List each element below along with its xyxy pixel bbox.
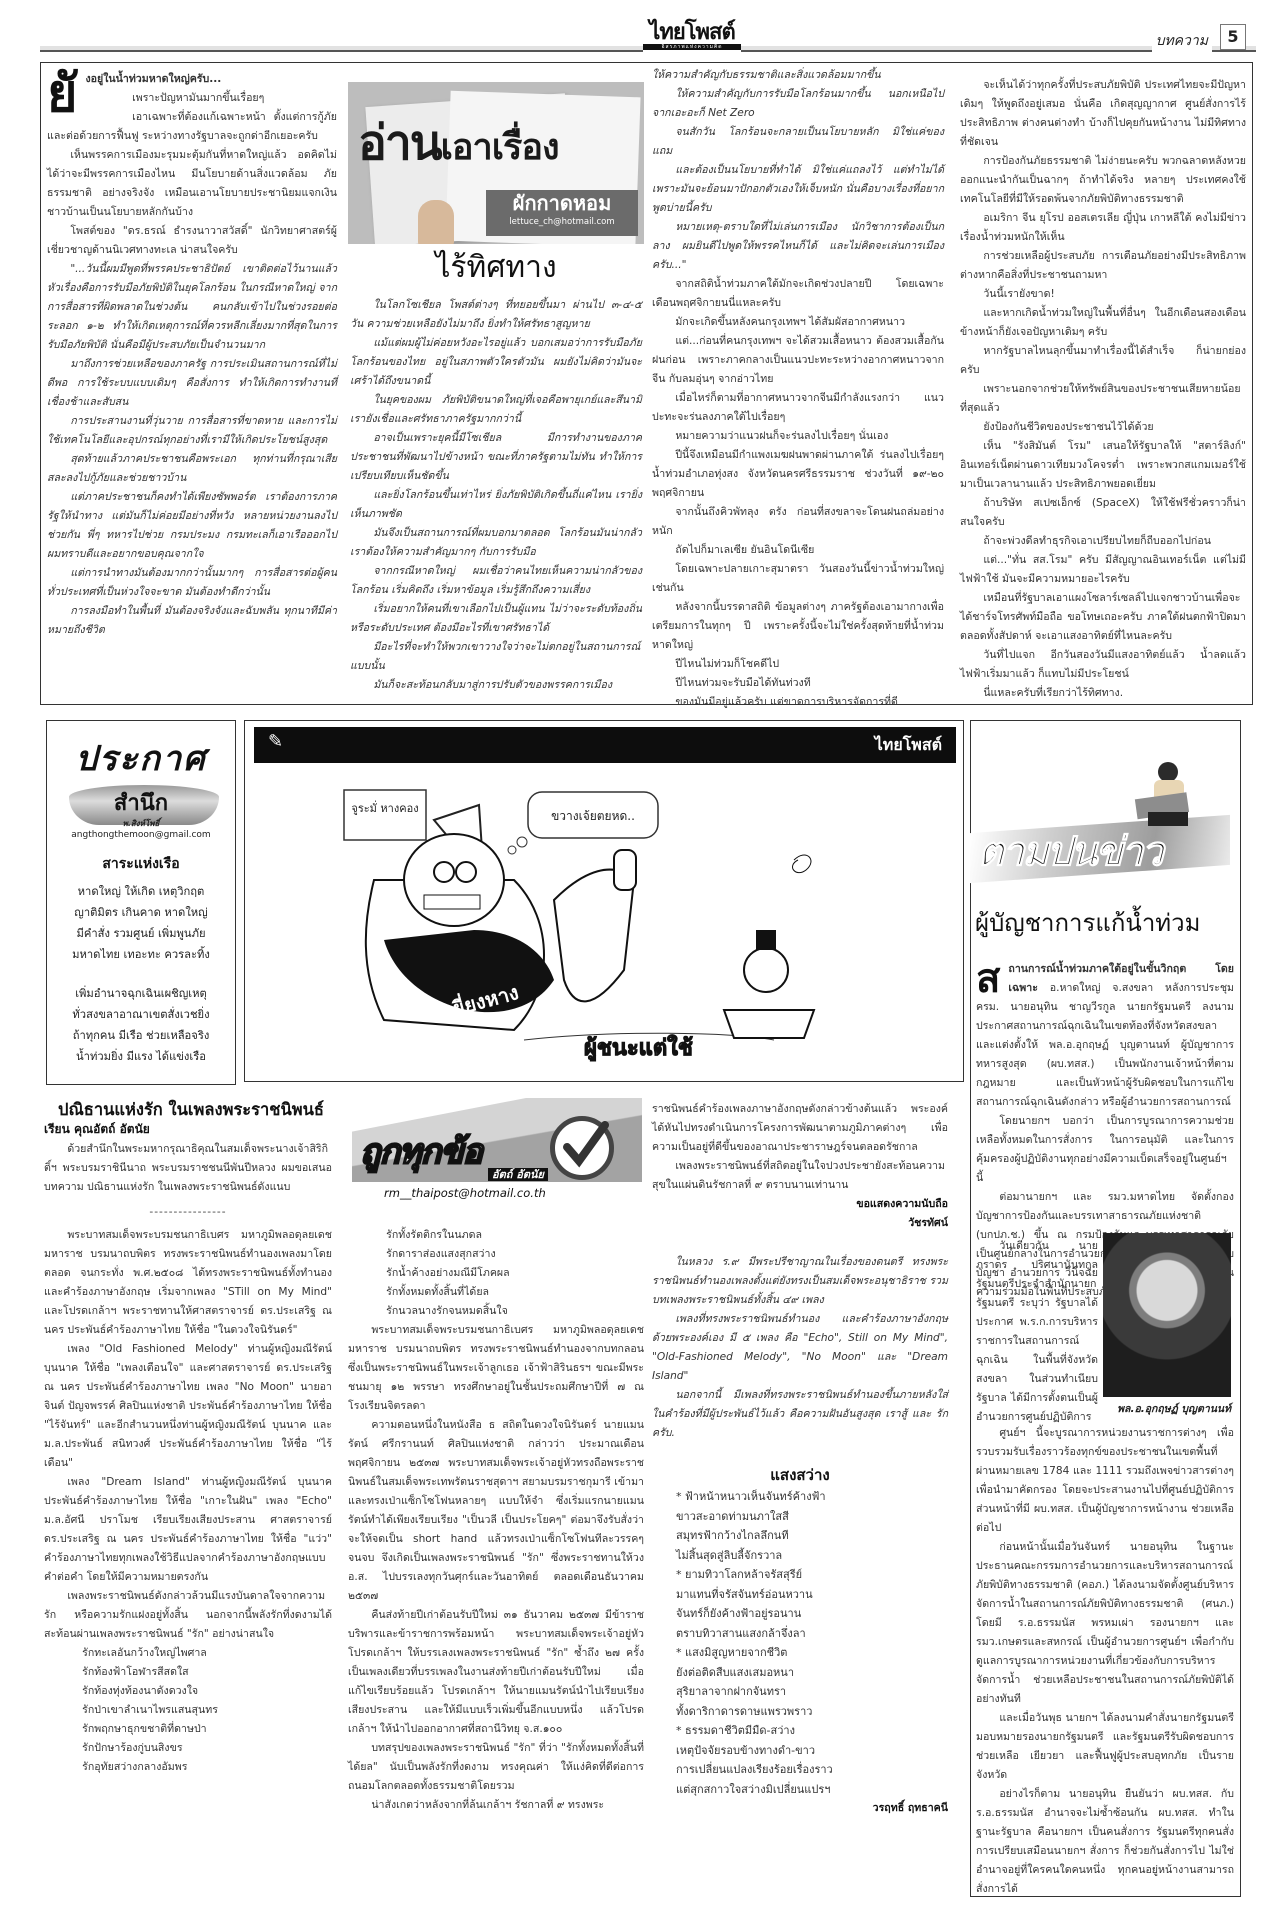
poem-line: * ยามทิวาโลกหล้าจรัสสุรีย์ (676, 1565, 948, 1585)
tonpon-headline: ผู้บัญชาการแก้น้ำท่วม (975, 906, 1240, 940)
paragraph: เพลง "Dream Island" ท่านผู้หญิงมณีรัตน์ … (44, 1473, 332, 1587)
third-column: ให้ความสำคัญกับธรรมชาติและสิ่งแวดล้อมมาก… (652, 66, 944, 712)
poem-line: ทั้งดาริกาดารดาษแพรวพราว (676, 1702, 948, 1722)
paragraph: น่าสังเกตว่าหลังจากที่ล้นเกล้าฯ รัชกาลที… (348, 1796, 644, 1815)
paragraph: ด้วยสำนึกในพระมหากรุณาธิคุณในสมเด็จพระนา… (44, 1140, 332, 1197)
paragraph: เมื่อไหร่ก็ตามที่อากาศหนาวจากจีนมีกำลังแ… (652, 389, 944, 427)
prakat-byline: พ.สิงห์โพธิ์ (47, 819, 235, 829)
poem-author: วรฤทธิ์ ฤทธาคนี (652, 1799, 948, 1818)
paragraph: เอาเฉพาะที่ต้องแก้เฉพาะหน้า ตั้งแต่การกู… (47, 108, 337, 146)
top-left-article: ยั งอยู่ในน้ำท่วมหาดใหญ่ครับ... เพราะปัญ… (47, 70, 337, 640)
poem-excerpt: รักทะเลอันกว้างใหญ่ไพศาล รักท้องฟ้าโอฬาร… (44, 1644, 332, 1777)
verse-line: หาดใหญ่ ให้เกิด เหตุวิกฤต (47, 881, 235, 902)
poem-excerpt: รักทั้งรัตติกรในนภดล รักดาราส่องแสงสุกสว… (348, 1226, 644, 1321)
quote-paragraph: สุดท้ายแล้วภาคประชาชนคือพระเอก ทุกท่านที… (47, 450, 337, 488)
quote-paragraph: "...วันนี้ผมมีพูดที่พรรคประชาธิปัตย์ เขา… (47, 260, 337, 355)
cartoon-header-bar: ✎ ไทยโพสต์ (254, 727, 956, 763)
paragraph: อเมริกา จีน ยุโรป ออสเตรเลีย ญี่ปุ่น เกา… (960, 209, 1246, 247)
column-author-box: ผักกาดหอม lettuce_ch@hotmail.com (486, 190, 638, 236)
center-article: ในโลกโซเชียล โพสต์ต่างๆ ที่ทยอยขึ้นมา ผ่… (350, 296, 642, 695)
column-title-big: อ่าน (358, 115, 441, 171)
paragraph: คืนส่งท้ายปีเก่าต้อนรับปีใหม่ ๓๑ ธันวาคม… (348, 1606, 644, 1739)
paragraph: ราชนิพนธ์คำร้องเพลงภาษาอังกฤษดังกล่าวข้า… (652, 1100, 948, 1157)
paragraph: จนสักวัน โลกร้อนจะกลายเป็นนโยบายหลัก มิใ… (652, 123, 944, 161)
quote-paragraph: แต่การนำทางมันต้องมากกว่านั้นมากๆ การสื่… (47, 564, 337, 602)
divider: ---------------- (44, 1203, 332, 1222)
verse-line: ญาติมิตร เกินคาด หาดใหญ่ (47, 902, 235, 923)
paragraph: การป้องกันภัยธรรมชาติ ไม่ง่ายนะครับ พวกฉ… (960, 152, 1246, 209)
paragraph: บทสรุปของเพลงพระราชนิพนธ์ "รัก" ที่ว่า "… (348, 1739, 644, 1796)
photo-general-ukrit (1103, 1233, 1231, 1397)
prakat-email[interactable]: angthongthemoon@gmail.com (47, 829, 235, 841)
paragraph: โพสต์ของ "ดร.ธรณ์ ธำรงนาวาสวัสดิ์" นักวิ… (47, 222, 337, 260)
poem-line: * ธรรมดาชีวิตมีมืด-สว่าง (676, 1721, 948, 1741)
masthead: ไทยโพสต์ อิสรภาพแห่งความคิด บทความ 5 (0, 0, 1286, 60)
column-author: อัตถ์ อัตนัย (488, 1168, 548, 1181)
photo-caption: พล.อ.อุกฤษฏ์ บุญตานนท์ (1103, 1402, 1231, 1416)
paragraph: เห็น "รังสิมันต์ โรม" เสนอให้รัฐบาลให้ "… (960, 437, 1246, 494)
paragraph: นี่แหละครับที่เรียกว่าไร้ทิศทาง. (960, 684, 1246, 703)
paragraph: หากรัฐบาลไหนลุกขึ้นมาทำเรื่องนี้ได้สำเร็… (960, 342, 1246, 380)
letter-article-col2: รักทั้งรัตติกรในนภดล รักดาราส่องแสงสุกสว… (348, 1226, 644, 1815)
poem-line: ขาวสะอาดท่ามนภาใสสี (676, 1507, 948, 1527)
tonpon-logo: ตามปนข่าว (978, 830, 1162, 874)
paragraph: เพราะปัญหามันมากขึ้นเรื่อยๆ (47, 89, 337, 108)
prakat-heading: สาระแห่งเรือ (47, 853, 235, 875)
quote-paragraph: การประสานงานที่วุ่นวาย การสื่อสารที่ขาดห… (47, 412, 337, 450)
paragraph: หมายเหตุ-ตราบใดที่ไม่เล่นการเมือง นักวิช… (652, 218, 944, 275)
paragraph: มันจึงเป็นสถานการณ์ที่ผมบอกมาตลอด โลกร้อ… (350, 524, 642, 562)
paragraph: ปีไหนท่วมจะรับมือได้ทันท่วงที (652, 674, 944, 693)
poem-line: รักทะเลอันกว้างใหญ่ไพศาล (82, 1644, 332, 1663)
column-banner-tuk-tuk-kho: ถูกทุกข้อ อัตถ์ อัตนัย rm__thaipost@hotm… (348, 1098, 644, 1198)
paragraph: โดยเฉพาะปลายเกาะสุมาตรา วันสองวันนี้ข่าว… (652, 560, 944, 598)
verse-line: มหาดไทย เทอะทะ ควรละทิ้ง (47, 944, 235, 965)
paragraph: เพลง "Old Fashioned Melody" ท่านผู้หญิงม… (44, 1340, 332, 1473)
poem-line: รักท้องฟ้าโอฬารสีสดใส (82, 1663, 332, 1682)
paragraph: ก่อนหน้านั้นเมื่อวันจันทร์ นายอนุทิน ในฐ… (976, 1538, 1234, 1709)
paragraph: เหมือนที่รัฐบาลเอาแผงโซลาร์เซลล์ไปแจกชาว… (960, 589, 1246, 646)
dropcap: ยั (47, 70, 77, 118)
page-number: 5 (1220, 24, 1246, 50)
poem-line: รักท้องทุ่งท้องนาดังดวงใจ (82, 1682, 332, 1701)
paragraph: และเมื่อวันพุธ นายกฯ ได้ลงนามคำสั่งนายกร… (976, 1709, 1234, 1785)
letter-article-col3: ราชนิพนธ์คำร้องเพลงภาษาอังกฤษดังกล่าวข้า… (652, 1100, 948, 1818)
paragraph: เห็นพรรคการเมืองมะรุมมะตุ้มกันที่หาดใหญ่… (47, 146, 337, 222)
paragraph: มันก็จะสะท้อนกลับมาสู่การปรับตัวของพรรคก… (350, 676, 642, 695)
quote-paragraph: การลงมือทำในพื้นที่ มันต้องจริงจังและฉับ… (47, 602, 337, 640)
poem-line: สมุทรฟ้ากว้างไกลลึกนที (676, 1526, 948, 1546)
poem-line: รักนวลนางรักจนหมดสิ้นใจ (386, 1302, 644, 1321)
poem-line: สุริยาลาจากฝากจันทรา (676, 1682, 948, 1702)
column-email[interactable]: rm__thaipost@hotmail.co.th (384, 1186, 546, 1200)
paragraph: วันเดียวกัน นายภราดร ปริศนานันทกุล รัฐมน… (976, 1237, 1098, 1423)
cartoon-brand: ไทยโพสต์ (875, 734, 942, 756)
paragraph: อย่างไรก็ตาม นายอนุทิน ยืนยันว่า ผบ.ทสส.… (976, 1785, 1234, 1899)
poem-line: รักพฤกษาธุกขชาติที่ดาษป่า (82, 1720, 332, 1739)
paragraph: ให้ความสำคัญกับการรับมือโลกร้อนมากขึ้น น… (652, 85, 944, 123)
tonpon-article-cont2: ศูนย์ฯ นี้จะบูรณาการหน่วยงานราชการต่างๆ … (976, 1424, 1234, 1899)
paragraph: จากกรณีหาดใหญ่ ผมเชื่อว่าคนไทยเห็นความน่… (350, 562, 642, 600)
newspaper-reader-icon (1130, 760, 1200, 828)
paragraph: ปีไหนไม่ท่วมก็โชคดีไป (652, 655, 944, 674)
fourth-column: จะเห็นได้ว่าทุกครั้งที่ประสบภัยพิบัติ ปร… (960, 76, 1246, 703)
signer: วัชรทัศน์ (652, 1214, 948, 1233)
poem-line: รักทั้งหมดทั้งสิ้นที่ได้ยล (386, 1283, 644, 1302)
paragraph: และหากเกิดน้ำท่วมใหญ่ในพื้นที่อื่นๆ ในอี… (960, 304, 1246, 342)
verse-stanza-2: เพิ่มอำนาจฉุกเฉินเผชิญเหตุ ทั่วสงขลาอาณา… (47, 983, 235, 1067)
column-title: ถูกทุกข้อ (360, 1132, 482, 1172)
column-email[interactable]: lettuce_ch@hotmail.com (486, 216, 638, 228)
paragraph: อาจเป็นเพราะยุคนี้มีโซเชียล มีการทำงานขอ… (350, 429, 642, 486)
cartoonist-signature-icon: ✎ (268, 731, 308, 759)
lead-text: งอยู่ในน้ำท่วมหาดใหญ่ครับ... (47, 70, 337, 89)
poem-line: การเปลี่ยนแปลงเรียงร้อยเรื่องราว (676, 1760, 948, 1780)
prakat-name: สำนึก (47, 789, 235, 819)
signoff: ขอแสดงความนับถือ (652, 1195, 948, 1214)
hand-graphic (418, 200, 454, 244)
poem-line: รักดาราส่องแสงสุกสว่าง (386, 1245, 644, 1264)
verse-stanza-1: หาดใหญ่ ให้เกิด เหตุวิกฤต ญาติมิตร เกินค… (47, 881, 235, 965)
paragraph: และต้องเป็นนโยบายที่ทำได้ มิใช่แค่แถลงไว… (652, 161, 944, 218)
poem-title: แสงสว่าง (652, 1463, 948, 1487)
paragraph: ให้ความสำคัญกับธรรมชาติและสิ่งแวดล้อมมาก… (652, 66, 944, 85)
paragraph: ถ้าจะพ่วงดีลทำธุรกิจเอาเปรียบไทยก็ถีบออก… (960, 532, 1246, 551)
paragraph: ในโลกโซเชียล โพสต์ต่างๆ ที่ทยอยขึ้นมา ผ่… (350, 296, 642, 334)
paragraph: จากสถิติน้ำท่วมภาคใต้มักจะเกิดช่วงปลายปี… (652, 275, 944, 313)
verse-line: น้ำท่วมยิ่ง มีแรง ได้แข่งเรือ (47, 1046, 235, 1067)
reply-paragraph: นอกจากนี้ มีเพลงที่ทรงพระราชนิพนธ์ทำนองข… (652, 1386, 948, 1443)
paragraph: วันนี้เรายังขาด! (960, 285, 1246, 304)
lead-text: อ.หาดใหญ่ จ.สงขลา หลังการประชุม ครม. นาย… (976, 982, 1234, 1108)
prakat-samnuek-box: ประกาศ สำนึก พ.สิงห์โพธิ์ angthongthemoo… (46, 720, 236, 1085)
poem-line: มาแทนที่จรัสจันทร์อ่อนหวาน (676, 1585, 948, 1605)
poem-line: รักน้ำค้างอย่างมณีมีโภคผล (386, 1264, 644, 1283)
cartoon-illustration-icon: จูระมั่ หางคอง ขวางเจ้ยตยหด.. เยี่ยงหาง … (254, 770, 956, 1070)
column-title-small: เอาเรื่อง (441, 127, 559, 168)
quote-paragraph: แต่ภาคประชาชนก็คงทำได้เพียงซัพพอร์ต เราต… (47, 488, 337, 564)
reply-paragraph: เพลงที่ทรงพระราชนิพนธ์ทำนอง และคำร้องภาษ… (652, 1310, 948, 1386)
letter-article-col1: ด้วยสำนึกในพระมหากรุณาธิคุณในสมเด็จพระนา… (44, 1140, 332, 1777)
svg-text:ขวางเจ้ยตยหด..: ขวางเจ้ยตยหด.. (551, 809, 635, 823)
paragraph: มักจะเกิดขึ้นหลังคนกรุงเทพฯ ได้สัมผัสอาก… (652, 313, 944, 332)
svg-text:จูระมั่ หางคอง: จูระมั่ หางคอง (351, 800, 418, 815)
paragraph: ของมันมีอยู่แล้วครับ แต่ขาดการบริหารจัดก… (652, 693, 944, 712)
paragraph: ศูนย์ฯ นี้จะบูรณาการหน่วยงานราชการต่างๆ … (976, 1424, 1234, 1538)
main-headline: ไร้ทิศทาง (348, 248, 644, 288)
paragraph: ในยุคของผม ภัยพิบัติขนาดใหญ่ที่เจอคือพาย… (350, 391, 642, 429)
tonpon-brand: ตามปนข่าว (960, 760, 1240, 880)
paragraph: แต่...ก่อนที่คนกรุงเทพฯ จะได้สวมเสื้อหนา… (652, 332, 944, 389)
poem-line: ยังต่อติดสืบแสงเสมอหนา (676, 1663, 948, 1683)
column-author: ผักกาดหอม (486, 190, 638, 216)
paragraph: พระบาทสมเด็จพระบรมชนกาธิเบศร มหาภูมิพลอด… (348, 1321, 644, 1416)
paragraph: แต่..."ทั่น สส.โรม" ครับ มีสัญญาณอินเทอร… (960, 551, 1246, 589)
editorial-cartoon: จูระมั่ หางคอง ขวางเจ้ยตยหด.. เยี่ยงหาง … (254, 770, 956, 1070)
poem-line: รักปักษาร้องกู่บนสิงขร (82, 1739, 332, 1758)
paragraph: หลังจากนี้บรรดาสถิติ ข้อมูลต่างๆ ภาครัฐต… (652, 598, 944, 655)
letter-article-title: ปณิธานแห่งรัก ในเพลงพระราชนิพนธ์ (36, 1098, 346, 1122)
paragraph: เริ่มอยากให้คนที่เขาเลือกไปเป็นผู้แทน ไม… (350, 600, 642, 638)
tonpon-article-cont: วันเดียวกัน นายภราดร ปริศนานันทกุล รัฐมน… (976, 1237, 1098, 1423)
paragraph: ความตอนหนึ่งในหนังสือ ธ สถิตในดวงใจนิรัน… (348, 1416, 644, 1606)
column-banner-anr-aoreung: อ่านเอาเรื่อง ผักกาดหอม lettuce_ch@hotma… (348, 82, 644, 244)
paragraph: แม้แต่ผมผู้ไม่ค่อยหวังอะไรอยู่แล้ว บอกเส… (350, 334, 642, 391)
poem-line: ตราบทิวาสานแสงกล้าจึ่งลา (676, 1624, 948, 1644)
newspaper-logo: ไทยโพสต์ อิสรภาพแห่งความคิด (643, 22, 741, 52)
prakat-script-title: ประกาศ (47, 739, 235, 779)
paragraph: ปีนี้จึงเหมือนมีกำแพงเมฆฝนพาดผ่านภาคใต้ … (652, 446, 944, 503)
paragraph: พระบาทสมเด็จพระบรมชนกาธิเบศร มหาภูมิพลอด… (44, 1226, 332, 1340)
verse-line: ถ้าทุกคน มีเรือ ช่วยเหลือจริง (47, 1025, 235, 1046)
letter-byline: เรียน คุณอัตถ์ อัตนัย (44, 1120, 150, 1138)
checkmark-icon (550, 1116, 614, 1180)
quote-paragraph: มาถึงการช่วยเหลือของภาครัฐ การประเมินสถา… (47, 355, 337, 412)
paragraph: มีอะไรที่จะทำให้พวกเขาวางใจว่าจะไม่ตกอยู… (350, 638, 642, 676)
poem-line: แต่สุกสกาวใจสว่างมิเปลี่ยนแปรฯ (676, 1780, 948, 1800)
paragraph: จากนั้นถึงคิวพัทลุง ตรัง ก่อนที่สงขลาจะโ… (652, 503, 944, 541)
paragraph: เพราะนอกจากช่วยให้ทรัพย์สินของประชาชนเสี… (960, 380, 1246, 418)
column-title: อ่านเอาเรื่อง (358, 118, 559, 173)
paragraph: การช่วยเหลือผู้ประสบภัย การเตือนภัยอย่าง… (960, 247, 1246, 285)
paragraph: โดยนายกฯ บอกว่า เป็นการบูรณาการความช่วยเ… (976, 1112, 1234, 1188)
poem-line: เหตุปัจจัยรอบข้างทางดำ-ขาว (676, 1741, 948, 1761)
logo-name: ไทยโพสต์ (643, 22, 741, 44)
verse-line: มีคำสั่ง รวมศูนย์ เพิ่มพูนภัย (47, 923, 235, 944)
poem-line: ไม่สิ้นสุดสู่ลิบลี้จักรวาล (676, 1546, 948, 1566)
verse-line: เพิ่มอำนาจฉุกเฉินเผชิญเหตุ (47, 983, 235, 1004)
paragraph: ถัดไปก็มาเลเซีย ยันอินโดนีเซีย (652, 541, 944, 560)
poem-lines: * ฟ้าหน้าหนาวเห็นจันทร์ค้างฟ้า ขาวสะอาดท… (652, 1487, 948, 1799)
poem-line: * แสงมิสูญหายจากชีวิต (676, 1643, 948, 1663)
paragraph: จะเห็นได้ว่าทุกครั้งที่ประสบภัยพิบัติ ปร… (960, 76, 1246, 152)
poem-line: * ฟ้าหน้าหนาวเห็นจันทร์ค้างฟ้า (676, 1487, 948, 1507)
paragraph: เพลงพระราชนิพนธ์ที่สถิตอยู่ในใจปวงประชาย… (652, 1157, 948, 1195)
section-label: บทความ (1152, 30, 1212, 52)
poem-line: รักอุทัยสว่างกลางอัมพร (82, 1758, 332, 1777)
dropcap: ส (976, 960, 1000, 998)
paragraph: วันที่ไปแจก อีกวันสองวันมีแสงอาทิตย์แล้ว… (960, 646, 1246, 684)
poem-line: รักทั้งรัตติกรในนภดล (386, 1226, 644, 1245)
paragraph: ยังป้องกันชีวิตของประชาชนไว้ได้ด้วย (960, 418, 1246, 437)
paragraph: และยิ่งโลกร้อนขึ้นเท่าไหร่ ยิ่งภัยพิบัติ… (350, 486, 642, 524)
paragraph: ถ้าบริษัท สเปซเอ็กซ์ (SpaceX) ให้ใช้ฟรีช… (960, 494, 1246, 532)
paragraph: เพลงพระราชนิพนธ์ดังกล่าวล้วนมีแรงบันดาลใ… (44, 1587, 332, 1644)
poem-line: รักป่าเขาลำเนาไพรแสนสุนทร (82, 1701, 332, 1720)
verse-line: ทั่วสงขลาอาณาเขตสั่งเวชยิ่ง (47, 1004, 235, 1025)
paragraph: หมายความว่าแนวฝนก็จะร่นลงไปเรื่อยๆ นั่นเ… (652, 427, 944, 446)
svg-text:ผู้ชนะแต่ใช้: ผู้ชนะแต่ใช้ (584, 1034, 693, 1062)
reply-paragraph: ในหลวง ร.๙ มีพระปรีชาญาณในเรื่องของดนตรี… (652, 1253, 948, 1310)
poem-line: จันทร์ก็ยังค้างฟ้าอยู่รอนาน (676, 1604, 948, 1624)
